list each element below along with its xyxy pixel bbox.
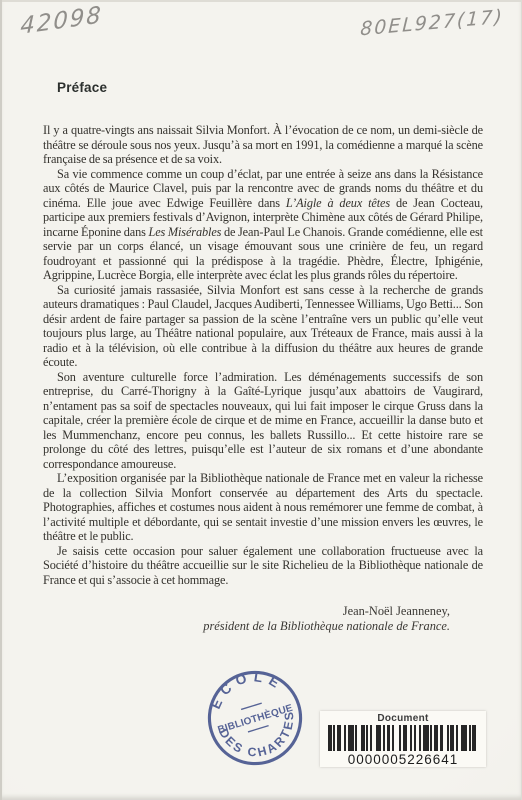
preface-paragraph: Sa vie commence comme un coup d’éclat, p… bbox=[43, 167, 483, 283]
barcode-gap bbox=[476, 725, 478, 751]
preface-paragraph: L’exposition organisée par la Bibliothèq… bbox=[43, 471, 483, 544]
scanned-page: { "annotations": { "top_left": "42098", … bbox=[0, 0, 522, 800]
preface-paragraph: Son aventure culturelle force l’admirati… bbox=[43, 370, 483, 472]
text-run: Son aventure culturelle force l’admirati… bbox=[43, 370, 483, 471]
preface-text-column: Préface Il y a quatre-vingts ans naissai… bbox=[43, 80, 483, 634]
text-run: Je saisis cette occasion pour saluer éga… bbox=[43, 544, 483, 587]
signature-title: président de la Bibliothèque nationale d… bbox=[43, 619, 450, 634]
stamp-rule-bottom bbox=[248, 726, 269, 732]
handwritten-shelfmark-top-left: 42098 bbox=[20, 2, 103, 40]
preface-body: Il y a quatre-vingts ans naissait Silvia… bbox=[43, 123, 483, 587]
italic-title-run: Les Misérables bbox=[149, 225, 222, 239]
signature-name: Jean-Noël Jeanneney, bbox=[43, 604, 450, 619]
stamp-rule-top bbox=[241, 703, 262, 709]
barcode-bars bbox=[328, 725, 478, 751]
page-background: 42098 80EL927(17) Préface Il y a quatre-… bbox=[0, 0, 522, 800]
handwritten-shelfmark-top-right: 80EL927(17) bbox=[360, 6, 505, 41]
text-run: L’exposition organisée par la Bibliothèq… bbox=[43, 471, 483, 543]
barcode-number: 0000005226641 bbox=[348, 752, 459, 767]
text-run: Il y a quatre-vingts ans naissait Silvia… bbox=[43, 123, 483, 166]
text-run: Sa curiosité jamais rassasiée, Silvia Mo… bbox=[43, 283, 483, 370]
signature-block: Jean-Noël Jeanneney, président de la Bib… bbox=[43, 604, 483, 634]
library-stamp-icon: ECOLE BIBLIOTHÈQUE DES CHARTES bbox=[194, 657, 316, 779]
page-title: Préface bbox=[57, 80, 483, 95]
preface-paragraph: Il y a quatre-vingts ans naissait Silvia… bbox=[43, 123, 483, 167]
preface-paragraph: Je saisis cette occasion pour saluer éga… bbox=[43, 544, 483, 588]
italic-title-run: L’Aigle à deux têtes bbox=[286, 196, 390, 210]
preface-paragraph: Sa curiosité jamais rassasiée, Silvia Mo… bbox=[43, 283, 483, 370]
barcode-title: Document bbox=[377, 713, 428, 724]
barcode-label: Document 0000005226641 bbox=[320, 711, 486, 767]
